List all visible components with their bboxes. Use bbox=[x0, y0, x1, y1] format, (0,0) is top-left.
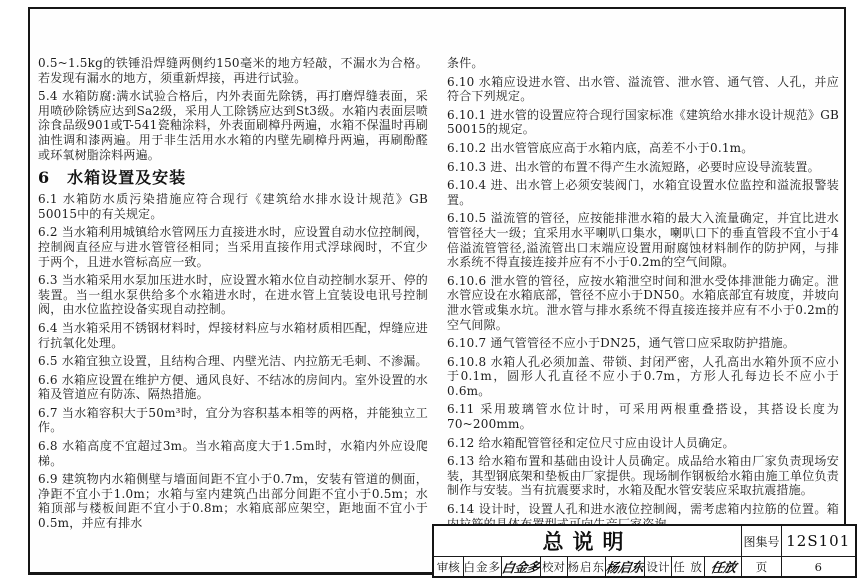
clause-6-10-4: 6.10.4 进、出水管上必须安装阀门，水箱宜设置水位监控和溢流报警装置。 bbox=[447, 178, 839, 207]
clause-6-10-2: 6.10.2 出水管管底应高于水箱内底，高差不小于0.1m。 bbox=[447, 141, 839, 156]
page-number-value: 6 bbox=[782, 557, 856, 578]
drawing-title-block: 总说明 图集号 12S101 审核 白金多 白金多 校对 杨启东 杨启东 设计 … bbox=[432, 524, 857, 578]
clause-6-6: 6.6 水箱应设置在维护方便、通风良好、不结冰的房间内。室外设置的水箱及管道应有… bbox=[38, 373, 428, 402]
scanned-standard-page: { "content": { "left": [ "0.5~1.5kg的铁锤沿焊… bbox=[0, 0, 862, 584]
section-6-heading: 6 水箱设置及安装 bbox=[38, 169, 428, 187]
clause-6-10-8: 6.10.8 水箱人孔必须加盖、带锁、封闭严密，人孔高出水箱外顶不应小于0.1m… bbox=[447, 355, 839, 399]
reviewer-signature-text: 白金多 bbox=[502, 557, 541, 577]
proofreader-signature-text: 杨启东 bbox=[606, 557, 645, 577]
clause-6-10-7: 6.10.7 通气管管径不应小于DN25，通气管口应采取防护措施。 bbox=[447, 336, 839, 351]
clause-6-12: 6.12 给水箱配管管径和定位尺寸应由设计人员确定。 bbox=[447, 436, 839, 451]
clause-6-9-continuation: 条件。 bbox=[447, 56, 839, 71]
clause-6-10-3: 6.10.3 进、出水管的布置不得产生水流短路，必要时应设导流装置。 bbox=[447, 160, 839, 175]
designer-label: 设计 bbox=[645, 557, 672, 578]
text-column-left: 0.5~1.5kg的铁锤沿焊缝两侧约150毫米的地方轻敲，不漏水为合格。若发现有… bbox=[38, 56, 428, 531]
clause-5-4: 5.4 水箱防腐:满水试验合格后，内外表面先除锈，再打磨焊缝表面，采用喷砂除锈应… bbox=[38, 89, 428, 162]
atlas-number-value: 12S101 bbox=[782, 525, 856, 557]
text-column-right: 条件。 6.10 水箱应设进水管、出水管、溢流管、泄水管、通气管、人孔，并应符合… bbox=[447, 56, 839, 564]
proofreader-signature: 杨启东 bbox=[606, 557, 645, 578]
proofreader-label: 校对 bbox=[540, 557, 567, 578]
reviewer-name: 白金多 bbox=[463, 557, 502, 578]
reviewer-label: 审核 bbox=[433, 557, 463, 578]
clause-6-13: 6.13 给水箱布置和基础由设计人员确定。成品给水箱由厂家负责现场安装，其型钢底… bbox=[447, 454, 839, 498]
clause-6-8: 6.8 水箱高度不宜超过3m。当水箱高度大于1.5m时，水箱内外应设爬梯。 bbox=[38, 439, 428, 468]
clause-6-4: 6.4 当水箱采用不锈钢材料时，焊接材料应与水箱材质相匹配，焊缝应进行抗氧化处理… bbox=[38, 321, 428, 350]
clause-6-10-1: 6.10.1 进水管的设置应符合现行国家标准《建筑给水排水设计规范》GB 500… bbox=[447, 108, 839, 137]
clause-6-10: 6.10 水箱应设进水管、出水管、溢流管、泄水管、通气管、人孔，并应符合下列规定… bbox=[447, 75, 839, 104]
clause-6-10-5: 6.10.5 溢流管的管径，应按能排泄水箱的最大入流量确定，并宜比进水管管径大一… bbox=[447, 211, 839, 269]
clause-6-11: 6.11 采用玻璃管水位计时，可采用两根重叠搭设，其搭设长度为70~200mm。 bbox=[447, 402, 839, 431]
sheet-title: 总说明 bbox=[433, 525, 742, 557]
designer-name: 任 放 bbox=[672, 557, 705, 578]
clause-6-10-6: 6.10.6 泄水管的管径，应按水箱泄空时间和泄水受体排泄能力确定。泄水管应设在… bbox=[447, 274, 839, 332]
atlas-number-label: 图集号 bbox=[742, 525, 782, 557]
page-label: 页 bbox=[742, 557, 782, 578]
clause-6-2: 6.2 当水箱利用城镇给水管网压力直接进水时，应设置自动水位控制阀，控制阀直径应… bbox=[38, 225, 428, 269]
clause-6-7: 6.7 当水箱容积大于50m³时，宜分为容积基本相等的两格，并能独立工作。 bbox=[38, 406, 428, 435]
clause-continuation: 0.5~1.5kg的铁锤沿焊缝两侧约150毫米的地方轻敲，不漏水为合格。若发现有… bbox=[38, 56, 428, 85]
clause-6-1: 6.1 水箱防水质污染措施应符合现行《建筑给水排水设计规范》GB 50015中的… bbox=[38, 192, 428, 221]
designer-signature: 任放 bbox=[705, 557, 742, 578]
reviewer-signature: 白金多 bbox=[502, 557, 541, 578]
proofreader-name: 杨启东 bbox=[567, 557, 606, 578]
clause-6-3: 6.3 当水箱采用水泵加压进水时，应设置水箱水位自动控制水泵开、停的装置。当一组… bbox=[38, 273, 428, 317]
clause-6-5: 6.5 水箱宜独立设置，且结构合理、内壁光洁、内拉筋无毛刺、不渗漏。 bbox=[38, 354, 428, 369]
designer-signature-text: 任放 bbox=[709, 557, 737, 576]
clause-6-9: 6.9 建筑物内水箱侧壁与墙面间距不宜小于0.7m，安装有管道的侧面，净距不宜小… bbox=[38, 472, 428, 530]
